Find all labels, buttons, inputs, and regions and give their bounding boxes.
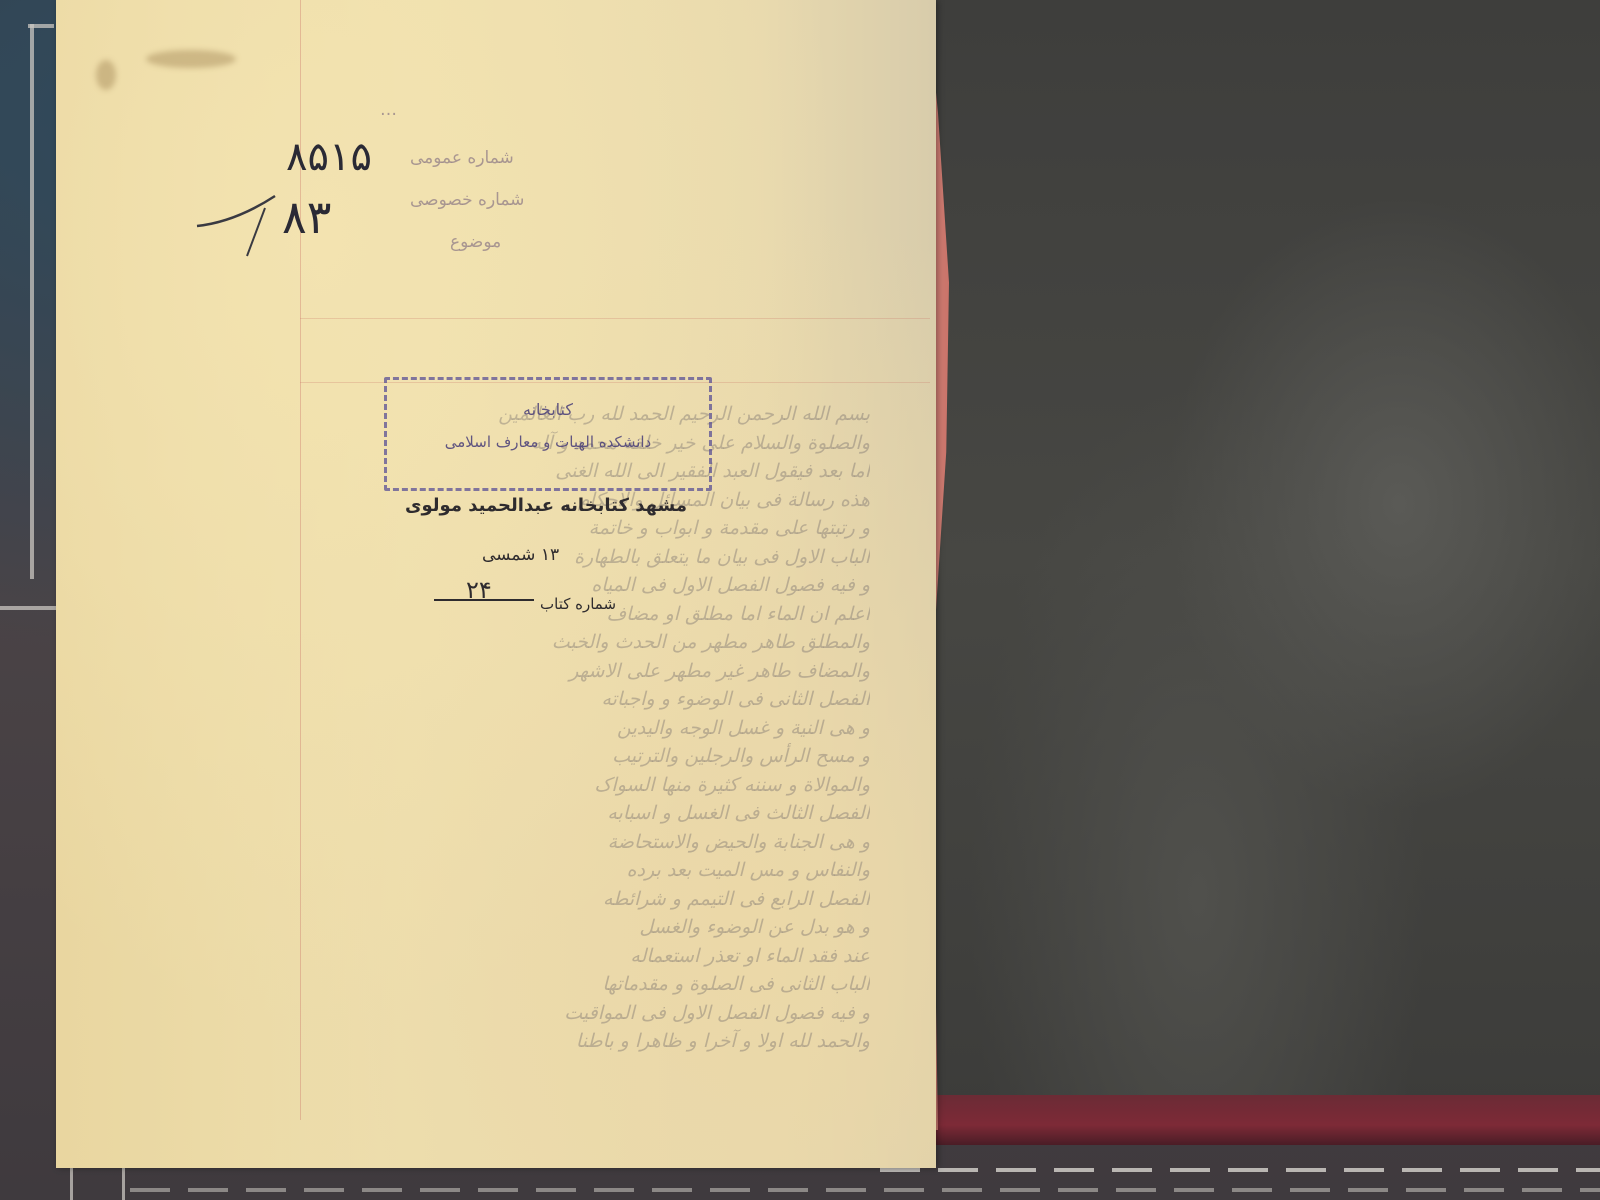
manuscript-line: والنفاس و مس المیت بعد برده — [250, 856, 870, 885]
book-number-label: شماره کتاب — [540, 595, 616, 613]
mat-dashed-line — [880, 1168, 1600, 1172]
mat-grid-line — [30, 24, 34, 579]
mat-dashed-line — [130, 1188, 1600, 1192]
manuscript-line: و رتبتها علی مقدمة و ابواب و خاتمة — [250, 514, 870, 543]
manuscript-line: و مسح الرأس والرجلین والترتیب — [250, 742, 870, 771]
specific-catalog-number: ۸۳ — [282, 190, 331, 244]
manuscript-line: والحمد لله اولا و آخرا و ظاهرا و باطنا — [250, 1027, 870, 1056]
book-front-cover — [930, 0, 1600, 1120]
manuscript-line: الباب الثانی فی الصلوة و مقدماتها — [250, 970, 870, 999]
subject-label: موضوع — [450, 232, 501, 252]
mat-grid-line — [0, 606, 56, 610]
manuscript-line: و فیه فصول الفصل الاول فی المواقیت — [250, 999, 870, 1028]
manuscript-line: و هی النیة و غسل الوجه والیدین — [250, 714, 870, 743]
manuscript-line: الفصل الرابع فی التیمم و شرائطه — [250, 885, 870, 914]
library-inscription-line-2: ۱۳ شمسی — [482, 545, 559, 565]
manuscript-line: الفصل الثالث فی الغسل و اسبابه — [250, 799, 870, 828]
book-number-underline — [434, 599, 534, 601]
manuscript-line: والمضاف طاهر غیر مطهر علی الاشهر — [250, 657, 870, 686]
manuscript-line: الباب الاول فی بیان ما یتعلق بالطهارة — [250, 543, 870, 572]
stamp-line-1: کتابخانه — [387, 400, 709, 419]
general-number-label: شماره عمومی — [410, 148, 514, 168]
pencil-stroke — [195, 190, 285, 260]
form-label-top: … — [380, 100, 397, 120]
manuscript-line: عند فقد الماء او تعذر استعماله — [250, 942, 870, 971]
manuscript-line: والمطلق طاهر مطهر من الحدث والخبث — [250, 628, 870, 657]
ruled-line — [300, 318, 930, 319]
stain — [96, 60, 116, 90]
library-inscription-line-1: مشهد کتابخانه عبدالحمید مولوی — [405, 495, 687, 516]
manuscript-line: الفصل الثانی فی الوضوء و واجباته — [250, 685, 870, 714]
cover-red-edge — [922, 1095, 1600, 1145]
manuscript-line: و هو بدل عن الوضوء والغسل — [250, 913, 870, 942]
manuscript-line: و هی الجنابة والحیض والاستحاضة — [250, 828, 870, 857]
stain — [146, 50, 236, 68]
manuscript-line: والموالاة و سننه کثیرة منها السواک — [250, 771, 870, 800]
library-stamp: کتابخانه دانشکده الهیات و معارف اسلامی — [384, 377, 712, 491]
specific-number-label: شماره خصوصی — [410, 190, 524, 210]
general-catalog-number: ۸۵۱۵ — [286, 134, 372, 180]
stamp-line-2: دانشکده الهیات و معارف اسلامی — [387, 433, 709, 451]
